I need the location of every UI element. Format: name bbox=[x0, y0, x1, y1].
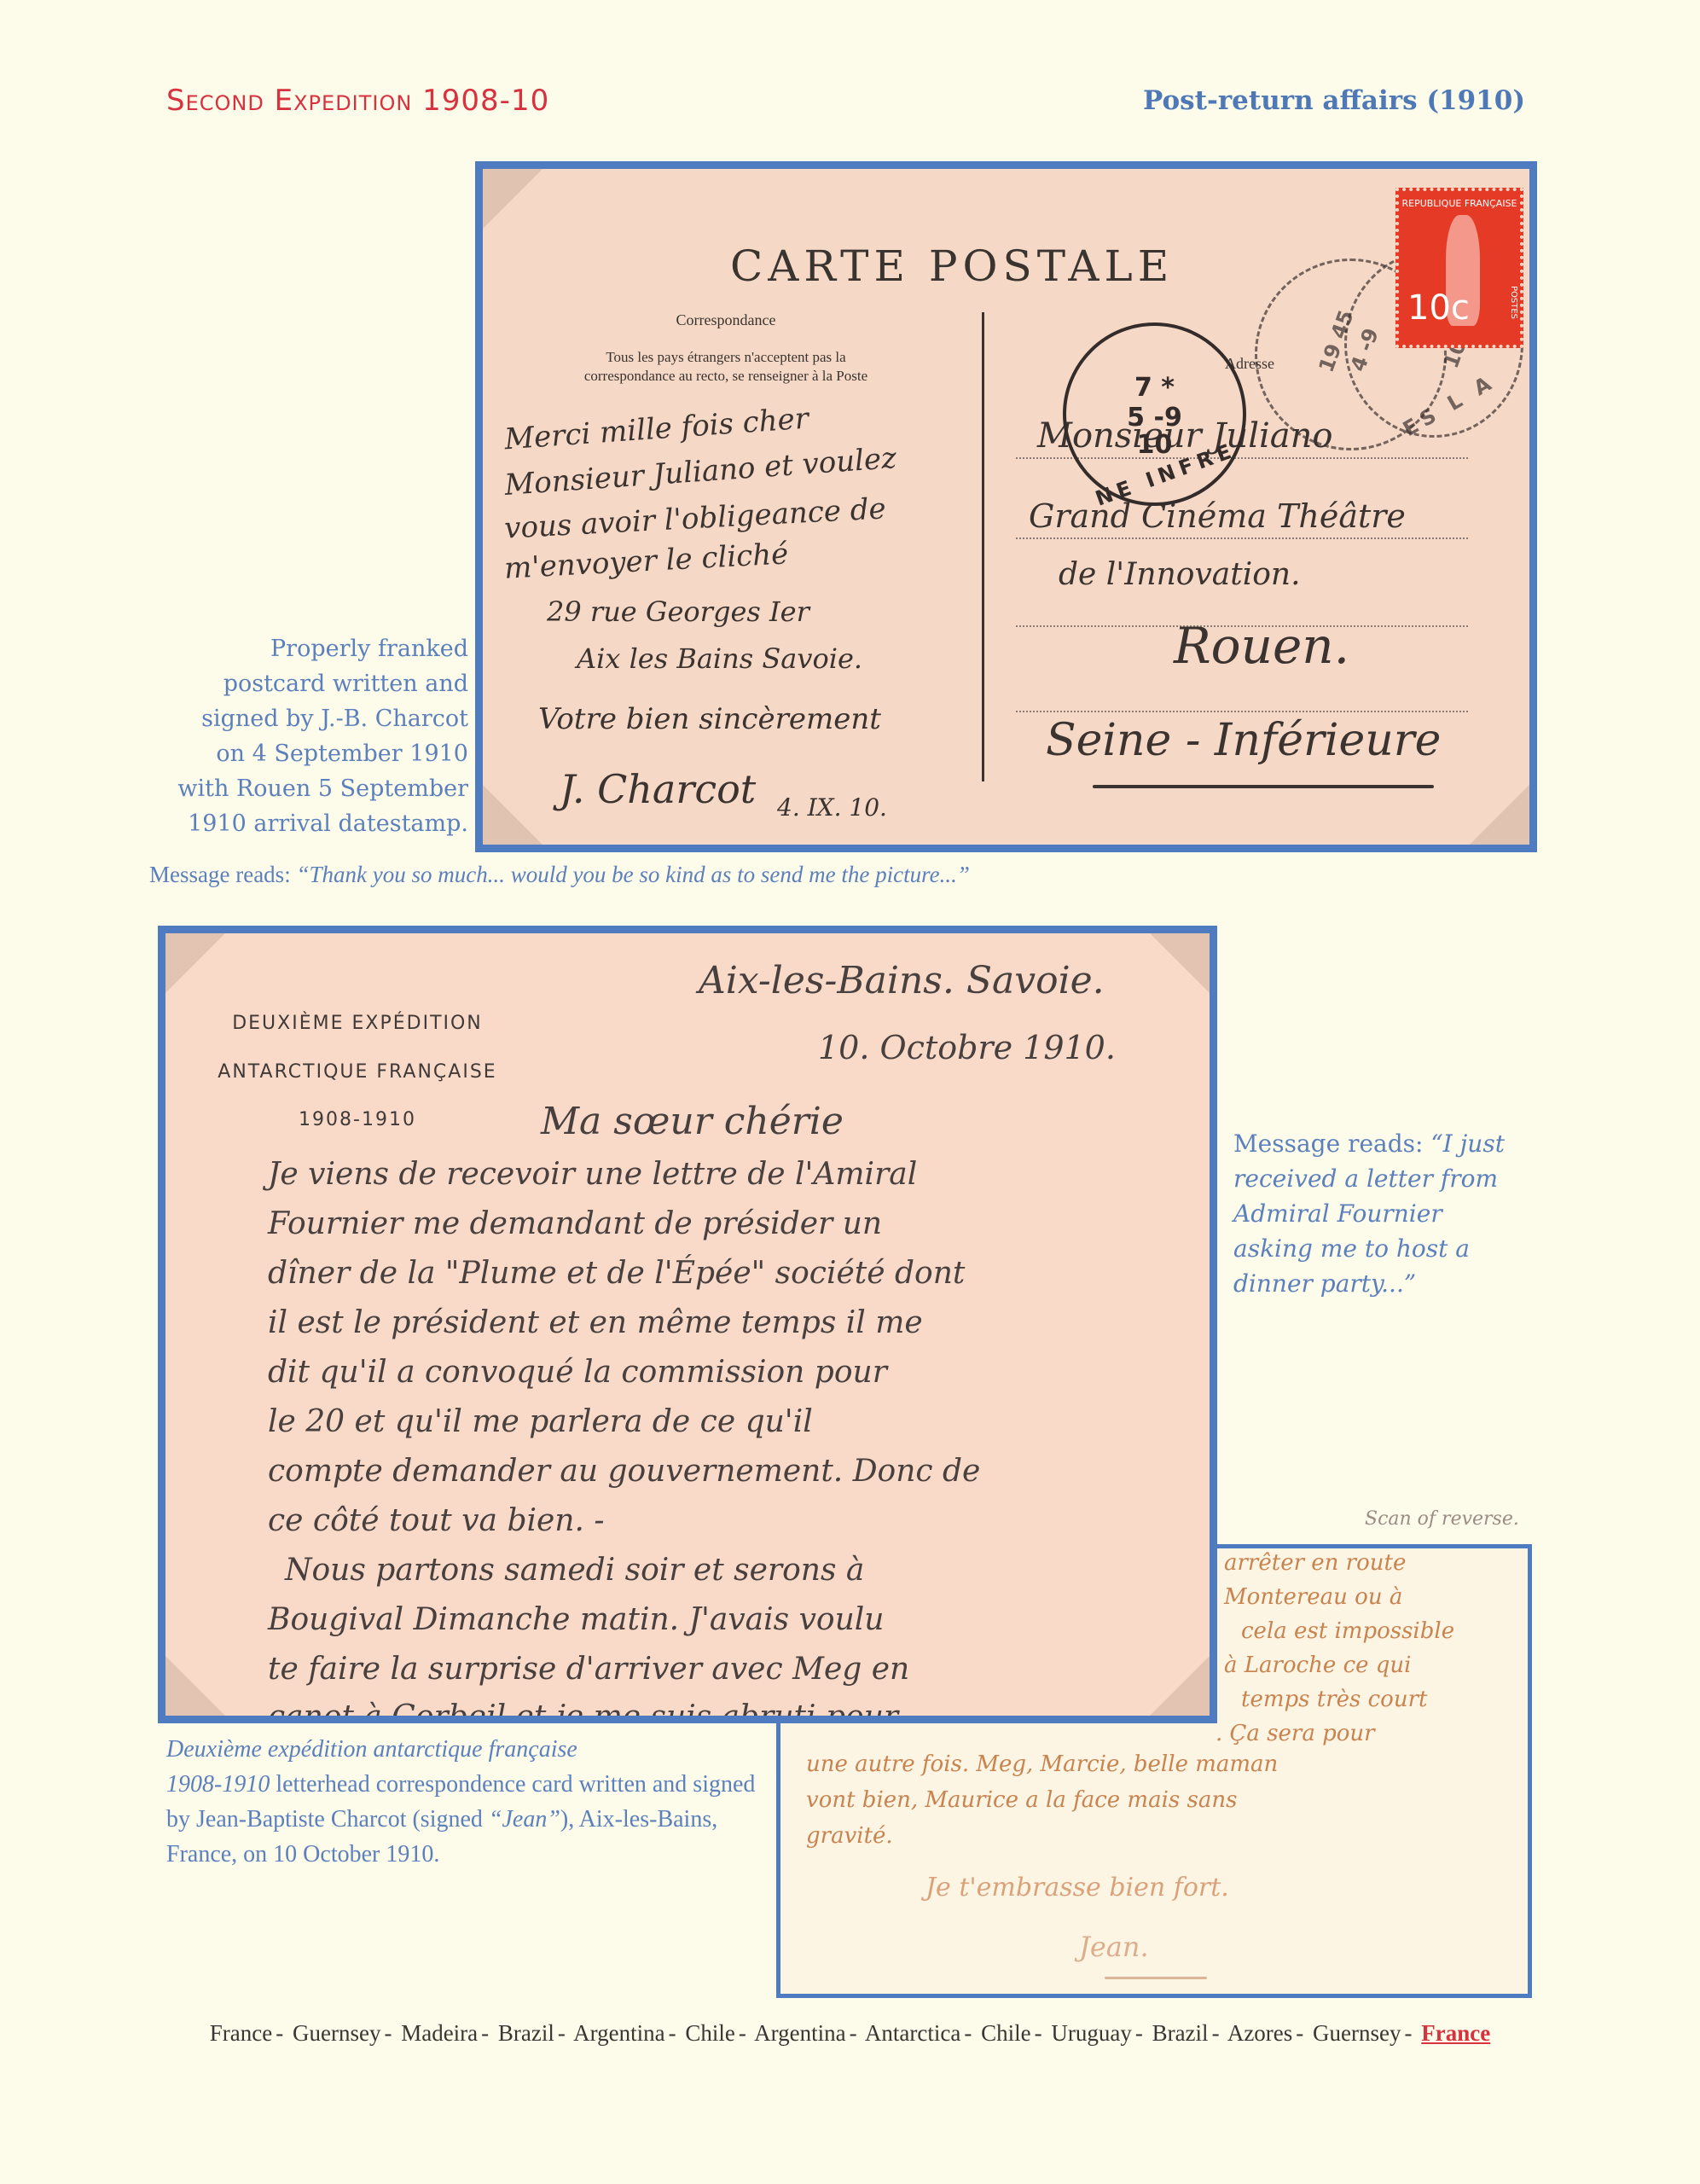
letter-line: canot à Corbeil et je me suis abruti pou… bbox=[268, 1699, 898, 1716]
address-rule bbox=[1016, 537, 1468, 539]
letter-line: dîner de la "Plume et de l'Épée" société… bbox=[268, 1256, 965, 1291]
letter-line: compte demander au gouvernement. Donc de bbox=[268, 1454, 980, 1489]
reverse-line: à Laroche ce qui bbox=[1224, 1653, 1412, 1678]
letter-line: te faire la surprise d'arriver avec Meg … bbox=[268, 1652, 909, 1687]
reverse-line: . Ça sera pour bbox=[1216, 1721, 1375, 1746]
route-stop: Chile bbox=[981, 2020, 1031, 2046]
route-separator: - bbox=[1405, 2020, 1413, 2046]
notice-line: correspondance au recto, se renseigner à… bbox=[483, 367, 969, 386]
route-separator: - bbox=[1135, 2020, 1143, 2046]
reverse-signature: Jean. bbox=[1079, 1931, 1149, 1963]
caption-italic: “Jean” bbox=[489, 1806, 560, 1833]
route-stop: Brazil bbox=[1152, 2020, 1209, 2046]
letterhead-line: 1908-1910 bbox=[165, 1109, 549, 1130]
route-stop: Guernsey bbox=[293, 2020, 380, 2046]
signature-underline bbox=[1105, 1977, 1207, 1979]
route-stop: Azores bbox=[1227, 2020, 1292, 2046]
letter-line: dit qu'il a convoqué la commission pour bbox=[268, 1355, 887, 1390]
route-stop: Antarctica bbox=[865, 2020, 960, 2046]
address-city: Rouen. bbox=[1174, 617, 1349, 675]
address-line: Grand Cinéma Théâtre bbox=[1029, 497, 1406, 535]
address-underline bbox=[1093, 785, 1434, 788]
address-region: Seine - Inférieure bbox=[1046, 715, 1441, 766]
letter-card-frame: DEUXIÈME EXPÉDITION ANTARCTIQUE FRANÇAIS… bbox=[158, 926, 1217, 1723]
route-stop: Chile bbox=[685, 2020, 735, 2046]
caption-line: on 4 September 1910 bbox=[144, 736, 468, 771]
letter-caption: Deuxième expédition antarctique français… bbox=[166, 1732, 780, 1872]
letterhead-line: ANTARCTIQUE FRANÇAISE bbox=[165, 1061, 549, 1083]
route-separator: - bbox=[558, 2020, 566, 2046]
message-line: vous avoir l'obligeance de bbox=[503, 491, 886, 545]
letter-card: DEUXIÈME EXPÉDITION ANTARCTIQUE FRANÇAIS… bbox=[165, 933, 1210, 1716]
address-line: de l'Innovation. bbox=[1059, 557, 1301, 592]
route-separator: - bbox=[669, 2020, 676, 2046]
caption-line: with Rouen 5 September bbox=[144, 771, 468, 806]
postcard-message-translation: Message reads: “Thank you so much... wou… bbox=[149, 862, 970, 888]
reverse-line: gravité. bbox=[806, 1823, 893, 1849]
address-rule bbox=[1016, 711, 1468, 712]
reverse-line: une autre fois. Meg, Marcie, belle maman bbox=[806, 1751, 1278, 1777]
mount-corner bbox=[483, 169, 542, 229]
mount-corner bbox=[1150, 933, 1210, 993]
route-stop: France bbox=[210, 2020, 272, 2046]
postcard-title: CARTE POSTALE bbox=[730, 241, 1174, 291]
postcard-notice: Tous les pays étrangers n'acceptent pas … bbox=[483, 348, 969, 386]
postcard-frame: CARTE POSTALE Correspondance Tous les pa… bbox=[475, 161, 1537, 852]
caption-line: Properly franked bbox=[144, 631, 468, 666]
postmark-line: 5 -9 bbox=[1066, 403, 1243, 433]
message-line: Votre bien sincèrement bbox=[538, 702, 881, 736]
caption-line: signed by J.-B. Charcot bbox=[144, 701, 468, 736]
route-separator: - bbox=[850, 2020, 857, 2046]
letter-message-translation: Message reads: “I just received a letter… bbox=[1233, 1126, 1523, 1301]
letter-line: Bougival Dimanche matin. J'avais voulu bbox=[268, 1602, 884, 1637]
letter-line: Je viens de recevoir une lettre de l'Ami… bbox=[268, 1157, 917, 1192]
route-stop: Madeira bbox=[401, 2020, 478, 2046]
reverse-line: Montereau ou à bbox=[1224, 1584, 1402, 1610]
message-prefix: Message reads: bbox=[149, 862, 296, 887]
reverse-line: vont bien, Maurice a la face mais sans bbox=[806, 1787, 1237, 1813]
route-separator: - bbox=[481, 2020, 489, 2046]
route-stop: Guernsey bbox=[1313, 2020, 1401, 2046]
message-prefix: Message reads: bbox=[1233, 1130, 1430, 1158]
route-separator: - bbox=[276, 2020, 283, 2046]
expedition-route: France- Guernsey- Madeira- Brazil- Argen… bbox=[0, 2020, 1700, 2047]
mount-corner bbox=[483, 785, 542, 845]
route-separator: - bbox=[1212, 2020, 1220, 2046]
letter-place: Aix-les-Bains. Savoie. bbox=[699, 959, 1105, 1002]
message-date: 4. IX. 10. bbox=[777, 793, 887, 822]
message-line: 29 rue Georges Ier bbox=[547, 595, 809, 628]
arrival-postmark: 7 * 5 -9 10 NE INFRE bbox=[1063, 322, 1246, 506]
caption-italic: 1908-1910 bbox=[166, 1771, 270, 1798]
postage-stamp: REPUBLIQUE FRANÇAISE 10c POSTES bbox=[1395, 188, 1523, 348]
route-stop: Uruguay bbox=[1051, 2020, 1131, 2046]
letter-line: Nous partons samedi soir et serons à bbox=[285, 1553, 864, 1588]
route-stop-current[interactable]: France bbox=[1421, 2020, 1490, 2046]
postmark-ring: ES L A bbox=[1399, 369, 1500, 441]
mount-corner bbox=[1150, 1656, 1210, 1716]
letter-line: Fournier me demandant de présider un bbox=[268, 1206, 882, 1241]
notice-line: Tous les pays étrangers n'acceptent pas … bbox=[483, 348, 969, 367]
reverse-line: cela est impossible bbox=[1241, 1618, 1454, 1644]
postcard: CARTE POSTALE Correspondance Tous les pa… bbox=[483, 169, 1529, 845]
mount-corner bbox=[165, 1656, 225, 1716]
message-line: Merci mille fois cher bbox=[503, 402, 809, 457]
mount-corner bbox=[1470, 785, 1529, 845]
route-separator: - bbox=[739, 2020, 746, 2046]
mount-corner bbox=[165, 933, 225, 993]
caption-line: 1910 arrival datestamp. bbox=[144, 806, 468, 841]
reverse-line: temps très court bbox=[1241, 1687, 1427, 1712]
route-stop: Argentina bbox=[573, 2020, 664, 2046]
postcard-caption: Properly franked postcard written and si… bbox=[144, 631, 468, 841]
page-subtitle: Post-return affairs (1910) bbox=[1143, 85, 1525, 116]
letter-line: le 20 et qu'il me parlera de ce qu'il bbox=[268, 1404, 813, 1439]
scan-label: Scan of reverse. bbox=[1365, 1508, 1519, 1530]
route-separator: - bbox=[1296, 2020, 1303, 2046]
postmark-line: 7 * bbox=[1066, 373, 1243, 403]
message-quote: “Thank you so much... would you be so ki… bbox=[296, 862, 969, 887]
section-title: Second Expedition 1908-10 bbox=[166, 84, 549, 118]
letter-line: ce côté tout va bien. - bbox=[268, 1503, 605, 1538]
route-separator: - bbox=[964, 2020, 972, 2046]
message-line: Aix les Bains Savoie. bbox=[577, 642, 862, 675]
postcard-divider bbox=[982, 312, 984, 781]
route-separator: - bbox=[1035, 2020, 1042, 2046]
letter-line: il est le président et en même temps il … bbox=[268, 1305, 923, 1340]
route-separator: - bbox=[384, 2020, 392, 2046]
letter-salutation: Ma sœur chérie bbox=[541, 1100, 844, 1143]
stamp-postes: POSTES bbox=[1509, 286, 1518, 319]
letter-date: 10. Octobre 1910. bbox=[818, 1029, 1116, 1066]
reverse-closing: Je t'embrasse bien fort. bbox=[925, 1873, 1229, 1902]
route-stop: Brazil bbox=[498, 2020, 554, 2046]
caption-line: postcard written and bbox=[144, 666, 468, 701]
route-stop: Argentina bbox=[754, 2020, 845, 2046]
correspondance-label: Correspondance bbox=[483, 311, 969, 329]
reverse-line: arrêter en route bbox=[1224, 1550, 1406, 1576]
caption-italic: Deuxième expédition antarctique français… bbox=[166, 1736, 577, 1763]
letterhead-line: DEUXIÈME EXPÉDITION bbox=[165, 1013, 549, 1034]
message-line: m'envoyer le cliché bbox=[503, 537, 789, 585]
signature: J. Charcot bbox=[560, 766, 756, 812]
stamp-value: 10c bbox=[1407, 288, 1470, 328]
stamp-country: REPUBLIQUE FRANÇAISE bbox=[1399, 198, 1520, 209]
